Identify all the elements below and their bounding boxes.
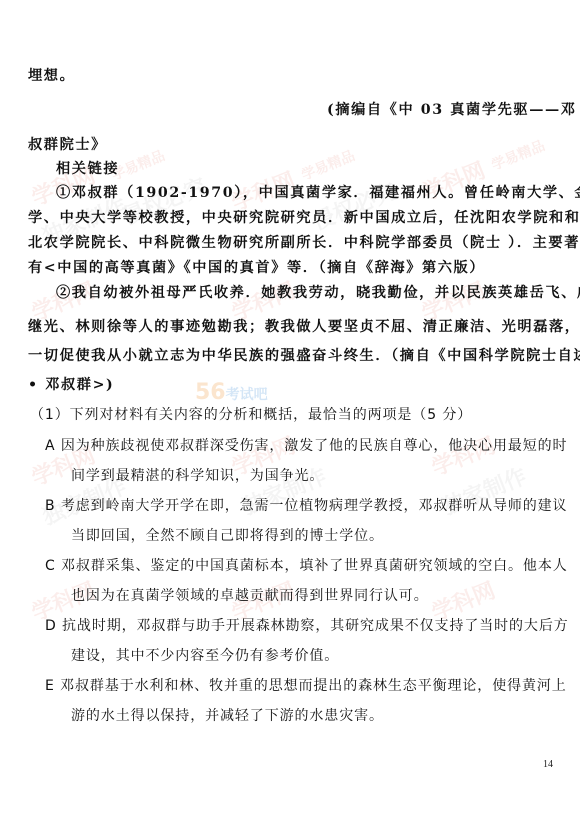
citation-line: 叔群院士》 [28, 136, 107, 154]
option-e: E 邓叔群基于水利和林、牧并重的思想而提出的森林生态平衡理论，使得黄河上 [45, 677, 567, 695]
option-d-cont: 建设，其中不少内容至今仍有参考价值。 [71, 647, 339, 665]
citation-line: (摘编自《中 03 真菌学先驱——邓 [327, 101, 577, 119]
passage-line: ②我自幼被外祖母严氏收养．她教我劳动，晓我勤俭，并以民族英雄岳飞、成 [56, 284, 580, 302]
question-stem: （1）下列对材料有关内容的分析和概括，最恰当的两项是（5 分） [30, 406, 472, 424]
option-b: B 考虑到岭南大学开学在即，急需一位植物病理学教授，邓叔群听从导师的建议 [45, 497, 567, 515]
passage-line: • 邓叔群>) [28, 376, 114, 394]
passage-line: 北农学院院长、中科院微生物研究所副所长．中科院学部委员（院士 ）．主要著作 [28, 234, 580, 252]
exam-page: 学科网 独家制作 学易精品 侵权必究 学科网 学易精品 侵权必究 学科网 学易精… [0, 0, 580, 820]
option-c: C 邓叔群采集、鉴定的中国真菌标本，填补了世界真菌研究领域的空白。他本人 [45, 557, 568, 575]
logo-watermark: 56考试吧 [195, 380, 268, 405]
passage-line: ①邓叔群（1902-1970），中国真菌学家．福建福州人。曾任岭南大学、金酸大 [56, 184, 580, 202]
section-heading: 相关链接 [56, 160, 119, 178]
option-a: A 因为种族歧视使邓叔群深受伤害，激发了他的民族自尊心，他决心用最短的时 [45, 437, 567, 455]
passage-line: 一切促使我从小就立志为中华民族的强盛奋斗终生．（摘自《中国科学院院士自述 [28, 347, 580, 365]
passage-line: 学、中央大学等校教授，中央研究院研究员．新中国成立后，任沈阳农学院和和东 [28, 209, 580, 227]
option-d: D 抗战时期，邓叔群与助手开展森林勘察，其研究成果不仅支持了当时的大后方 [45, 617, 569, 635]
option-c-cont: 也因为在真菌学领域的卓越贡献而得到世界同行认可。 [71, 587, 429, 605]
option-e-cont: 游的水土得以保持，并减轻了下游的水患灾害。 [71, 707, 384, 725]
page-number: 14 [543, 759, 553, 770]
passage-line: 有<中国的高等真菌》《中国的真首》等．（摘自《辞海》第六版） [28, 259, 485, 277]
watermark: 学易精品 [488, 135, 547, 175]
passage-line: 埋想。 [28, 67, 75, 85]
watermark: 学易精品 [298, 145, 357, 185]
passage-line: 继光、林则徐等人的事迹勉勘我；教我做人要坚贞不屈、清正廉洁、光明磊落，这 [28, 318, 580, 336]
option-a-cont: 间学到最精湛的科学知识，为国争光。 [71, 467, 324, 485]
option-b-cont: 当即回国，全然不顾自己即将得到的博士学位。 [71, 527, 384, 545]
